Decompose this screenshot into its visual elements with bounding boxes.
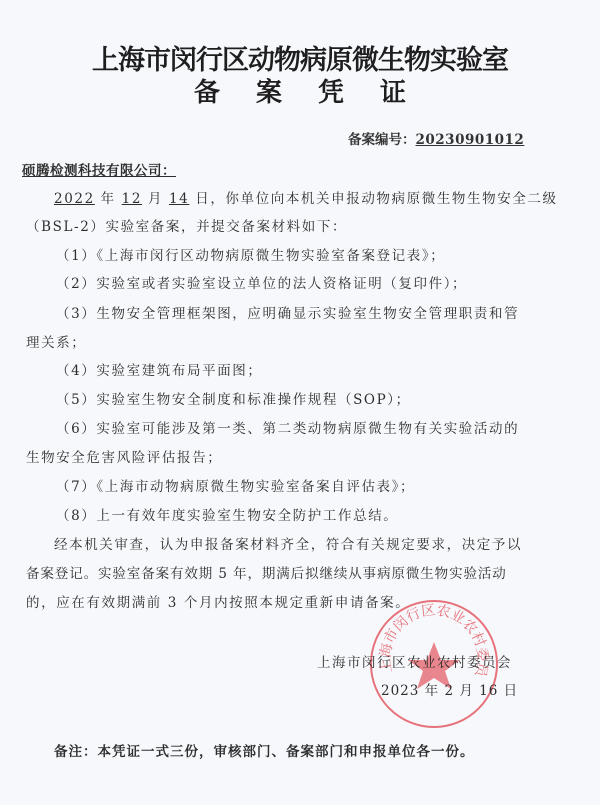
- issue-date: 2023 年 2 月 16 日: [381, 679, 518, 699]
- material-item-6: （6）实验室可能涉及第一类、第二类动物病原微生物有关实验活动的: [56, 417, 519, 437]
- filing-number: 20230901012: [416, 132, 525, 148]
- material-item-1: （1）《上海市闵行区动物病原微生物实验室备案登记表》；: [56, 244, 445, 264]
- material-item-3-cont: 理关系；: [26, 331, 86, 351]
- addressee: 硕腾检测科技有限公司：: [22, 159, 176, 179]
- intro-month: 12: [122, 191, 142, 207]
- filing-number-row: 备案编号：20230901012: [348, 128, 524, 148]
- document-subtitle: 备案凭证: [0, 72, 600, 109]
- material-item-2: （2）实验室或者实验室设立单位的法人资格证明（复印件）；: [56, 272, 467, 292]
- filing-number-label: 备案编号：: [348, 132, 416, 148]
- intro-line-2: （BSL-2）实验室备案，并提交备案材料如下：: [26, 215, 347, 235]
- material-item-7: （7）《上海市动物病原微生物实验室备案自评估表》；: [56, 475, 415, 495]
- material-item-6-cont: 生物安全危害风险评估报告；: [26, 446, 222, 466]
- conclusion-line-1: 经本机关审查，认为申报备案材料齐全，符合有关规定要求，决定予以: [54, 533, 522, 553]
- intro-day: 14: [169, 191, 189, 207]
- intro-rest: 日，你单位向本机关申报动物病原微生物生物安全二级: [189, 191, 557, 207]
- intro-year: 2022: [54, 191, 95, 207]
- conclusion-line-2: 备案登记。实验室备案有效期 5 年，期满后拟继续从事病原微生物实验活动: [26, 562, 507, 582]
- material-item-5: （5）实验室生物安全制度和标准操作规程（SOP）；: [56, 388, 411, 408]
- intro-month-suffix: 月: [142, 191, 169, 207]
- conclusion-line-3: 的，应在有效期满前 3 个月内按照本规定重新申请备案。: [26, 591, 410, 611]
- material-item-8: （8）上一有效年度实验室生物安全防护工作总结。: [56, 504, 398, 524]
- material-item-4: （4）实验室建筑布局平面图；: [56, 359, 263, 379]
- remark-note: 备注：本凭证一式三份，审核部门、备案部门和申报单位各一份。: [54, 740, 475, 760]
- intro-line-1: 2022 年 12 月 14 日，你单位向本机关申报动物病原微生物生物安全二级: [54, 187, 558, 207]
- issuing-authority: 上海市闵行区农业农村委员会: [317, 651, 512, 671]
- intro-year-suffix: 年: [95, 191, 122, 207]
- material-item-3: （3）生物安全管理框架图，应明确显示实验室生物安全管理职责和管: [56, 302, 519, 322]
- certificate-page: 上海市闵行区动物病原微生物实验室 备案凭证 备案编号：20230901012 硕…: [0, 0, 600, 805]
